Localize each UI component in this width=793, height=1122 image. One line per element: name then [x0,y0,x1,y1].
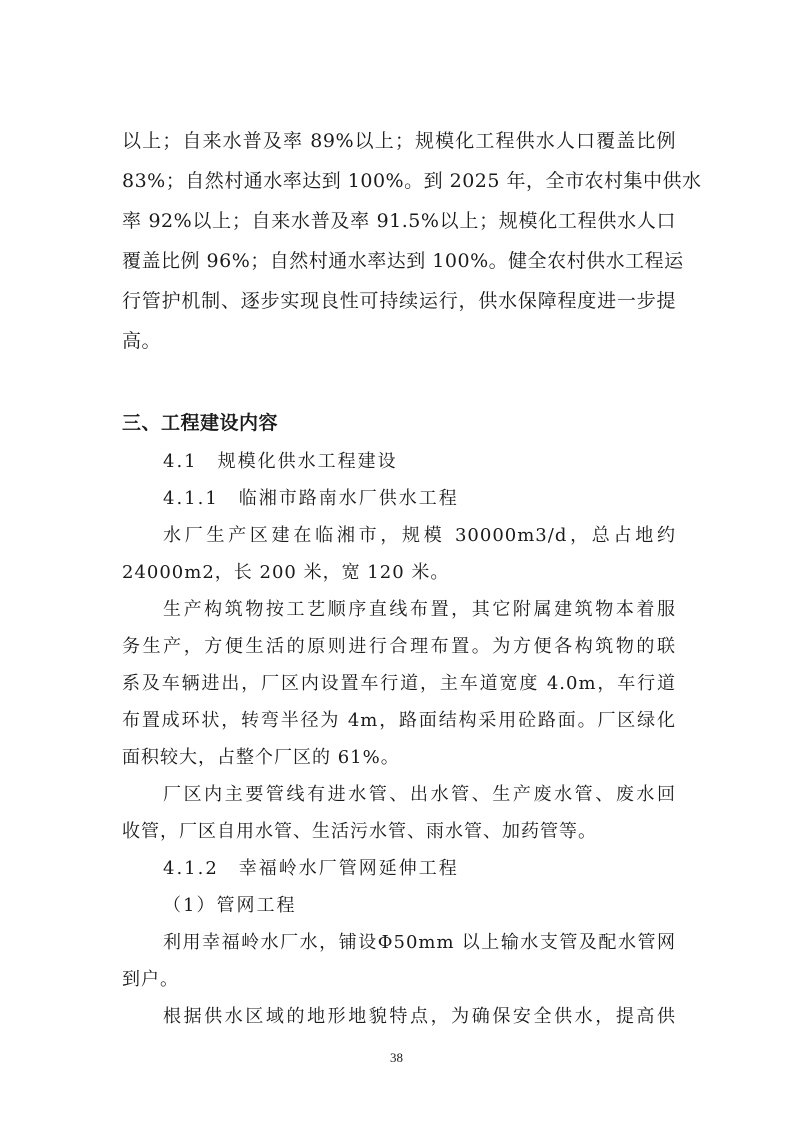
text-line: 行管护机制、逐步实现良性可持续运行，供水保障程度进一步提 [122,281,676,321]
text-line: 以上；自来水普及率 89%以上；规模化工程供水人口覆盖比例 [122,121,676,161]
document-page: 以上；自来水普及率 89%以上；规模化工程供水人口覆盖比例 83%；自然村通水率… [122,121,676,1035]
text-line: 系及车辆进出，厂区内设置车行道，主车道宽度 4.0m，车行道 [122,665,676,702]
section-heading: 三、工程建设内容 [122,403,676,443]
paragraph-layout: 生产构筑物按工艺顺序直线布置，其它附属建筑物本着服 务生产，方便生活的原则进行合… [122,591,676,776]
subsection-heading-4-1-1: 4.1.1 临湘市路南水厂供水工程 [122,480,676,517]
text-line: 收管，厂区自用水管、生活污水管、雨水管、加药管等。 [122,813,676,850]
text-line: 83%；自然村通水率达到 100%。到 2025 年，全市农村集中供水 [122,161,676,201]
text-line: 布置成环状，转弯半径为 4m，路面结构采用砼路面。厂区绿化 [122,702,676,739]
text-line: 厂区内主要管线有进水管、出水管、生产废水管、废水回 [122,776,676,813]
intro-paragraph: 以上；自来水普及率 89%以上；规模化工程供水人口覆盖比例 83%；自然村通水率… [122,121,676,361]
text-line: 根据供水区域的地形地貌特点，为确保安全供水，提高供 [122,998,676,1035]
text-line: 率 92%以上；自来水普及率 91.5%以上；规模化工程供水人口 [122,201,676,241]
text-line: 生产构筑物按工艺顺序直线布置，其它附属建筑物本着服 [122,591,676,628]
page-number: 38 [0,1050,793,1066]
paragraph-network: 利用幸福岭水厂水，铺设Φ50mm 以上输水支管及配水管网 到户。 [122,924,676,998]
text-line: 利用幸福岭水厂水，铺设Φ50mm 以上输水支管及配水管网 [122,924,676,961]
paragraph-pipes: 厂区内主要管线有进水管、出水管、生产废水管、废水回 收管，厂区自用水管、生活污水… [122,776,676,850]
text-line: 面积较大，占整个厂区的 61%。 [122,739,676,776]
text-line: 水厂生产区建在临湘市，规模 30000m3/d，总占地约 [122,517,676,554]
text-line: 覆盖比例 96%；自然村通水率达到 100%。健全农村供水工程运 [122,241,676,281]
text-line: 24000m2，长 200 米，宽 120 米。 [122,554,676,591]
text-line: 务生产，方便生活的原则进行合理布置。为方便各构筑物的联 [122,628,676,665]
section-body: 4.1 规模化供水工程建设 4.1.1 临湘市路南水厂供水工程 水厂生产区建在临… [122,443,676,1035]
subsection-heading-4-1: 4.1 规模化供水工程建设 [122,443,676,480]
subsection-heading-4-1-2: 4.1.2 幸福岭水厂管网延伸工程 [122,850,676,887]
paragraph-plant: 水厂生产区建在临湘市，规模 30000m3/d，总占地约 24000m2，长 2… [122,517,676,591]
spacer [122,361,676,381]
text-line: 高。 [122,321,676,361]
text-line: 到户。 [122,961,676,998]
list-item-heading: （1）管网工程 [122,887,676,924]
paragraph-terrain: 根据供水区域的地形地貌特点，为确保安全供水，提高供 [122,998,676,1035]
